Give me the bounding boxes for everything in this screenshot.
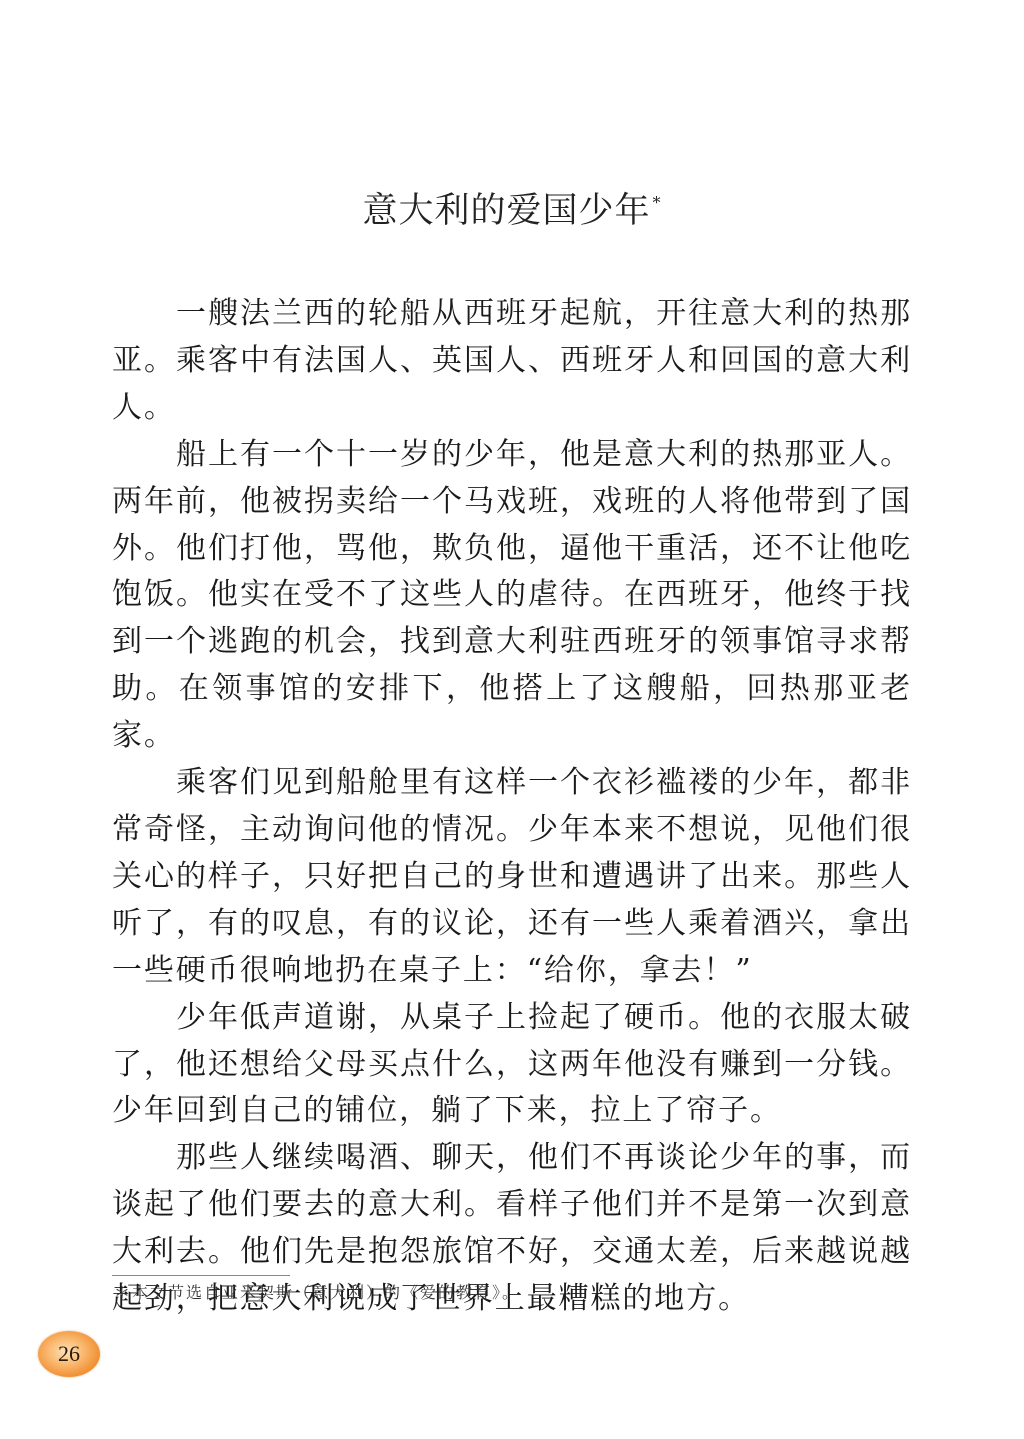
page-number: 26 [58,1341,80,1367]
footnote: ＊本文节选自亚米契斯（意大利）的《爱的教育》。 [114,1282,520,1304]
paragraph-4: 少年低声道谢，从桌子上捡起了硬币。他的衣服太破了，他还想给父母买点什么，这两年他… [112,995,912,1136]
page-number-badge: 26 [38,1331,100,1377]
paragraph-1: 一艘法兰西的轮船从西班牙起航，开往意大利的热那亚。乘客中有法国人、英国人、西班牙… [112,291,912,432]
lesson-title-text: 意大利的爱国少年 [362,191,650,231]
lesson-title: 意大利的爱国少年* [0,186,1024,236]
paragraph-2: 船上有一个十一岁的少年，他是意大利的热那亚人。两年前，他被拐卖给一个马戏班，戏班… [112,432,912,760]
paragraph-3: 乘客们见到船舱里有这样一个衣衫褴褛的少年，都非常奇怪，主动询问他的情况。少年本来… [112,760,912,995]
textbook-page: 意大利的爱国少年* 一艘法兰西的轮船从西班牙起航，开往意大利的热那亚。乘客中有法… [0,0,1024,1439]
footnote-divider [112,1275,290,1276]
footnote-marker: * [653,193,662,212]
lesson-body: 一艘法兰西的轮船从西班牙起航，开往意大利的热那亚。乘客中有法国人、英国人、西班牙… [112,291,912,1323]
